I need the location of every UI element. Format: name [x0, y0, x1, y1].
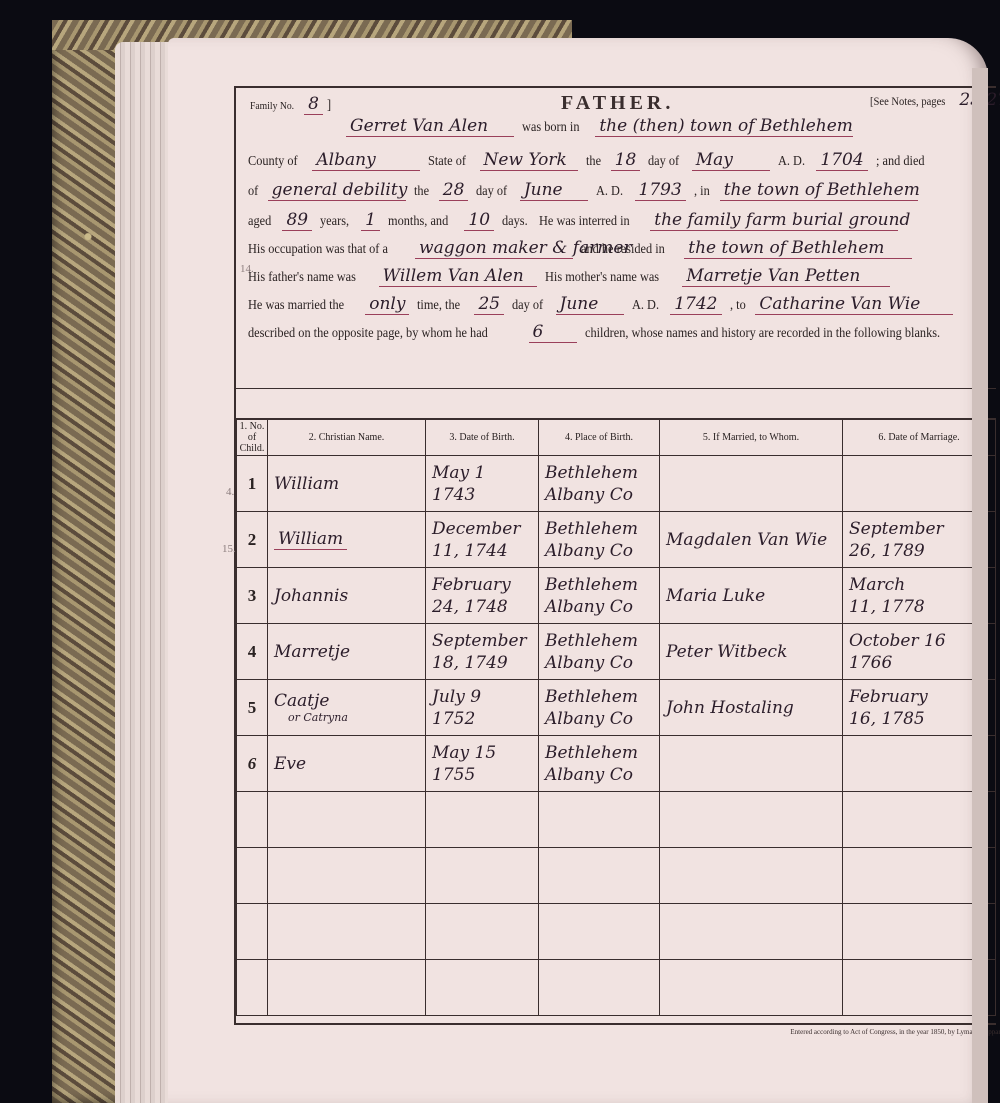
married-label: He was married the — [248, 298, 344, 314]
page-title: FATHER. — [561, 92, 674, 115]
father-label: His father's name was — [248, 270, 356, 286]
family-label: Family No. — [250, 100, 294, 112]
day-of-label: day of — [512, 298, 543, 314]
line-born: Gerret Van Alen was born in the (then) t… — [346, 116, 853, 137]
pob-line1: Bethlehem — [545, 686, 653, 708]
family-number: Family No. 8 ] — [250, 94, 332, 115]
father-section: Family No. 8 ] FATHER. [See Notes, pages… — [236, 88, 996, 389]
child-dom: September26, 1789 — [843, 512, 996, 568]
line-occupation: His occupation was that of a waggon make… — [248, 238, 912, 259]
county-label: County of — [248, 154, 298, 170]
days-label: days. — [502, 214, 528, 230]
child-name-text: Johannis — [274, 586, 348, 606]
table-row-empty — [237, 848, 996, 904]
ad-label: A. D. — [778, 154, 805, 170]
header-spouse: 5. If Married, to Whom. — [660, 419, 843, 456]
dob-line2: 24, 1748 — [432, 596, 532, 618]
birth-year: 1704 — [816, 150, 867, 171]
table-row-empty — [237, 960, 996, 1016]
child-name: Johannis — [268, 568, 426, 624]
child-spouse — [660, 456, 843, 512]
burial-place: the family farm burial ground — [650, 210, 898, 231]
dob-line1: February — [432, 574, 532, 596]
line-death: of general debility the 28 day of June A… — [248, 180, 918, 201]
dob-line2: 1743 — [432, 484, 532, 506]
child-no: 4 — [237, 624, 268, 680]
header-no: 1. No. of Child. — [237, 419, 268, 456]
child-no: 3 — [237, 568, 268, 624]
margin-note: 4. — [226, 486, 234, 498]
table-header-row: 1. No. of Child. 2. Christian Name. 3. D… — [237, 419, 996, 456]
age-months: 1 — [361, 210, 380, 231]
child-name-text: Caatje — [274, 691, 419, 711]
dom-line2: 11, 1778 — [849, 596, 989, 618]
table-row: 2 William December11, 1744 BethlehemAlba… — [237, 512, 996, 568]
aged-label: aged — [248, 214, 271, 230]
child-name-text: Eve — [274, 754, 306, 774]
child-name: Marretje — [268, 624, 426, 680]
age-days: 10 — [464, 210, 494, 231]
child-pob: BethlehemAlbany Co — [539, 456, 660, 512]
margin-note: 15. — [222, 543, 236, 555]
child-pob: BethlehemAlbany Co — [539, 736, 660, 792]
pob-line1: Bethlehem — [545, 630, 653, 652]
register-frame: Family No. 8 ] FATHER. [See Notes, pages… — [234, 86, 996, 1025]
in-label: , in — [694, 184, 710, 200]
notes-reference: [See Notes, pages 25.27 — [870, 90, 1000, 110]
dob-line1: December — [432, 518, 532, 540]
table-row-empty — [237, 792, 996, 848]
header-dom: 6. Date of Marriage. — [843, 419, 996, 456]
dom-line2: 26, 1789 — [849, 540, 989, 562]
notes-pages: 25.27 — [959, 90, 1000, 110]
child-name-text: William — [274, 529, 347, 550]
child-pob: BethlehemAlbany Co — [539, 568, 660, 624]
page-edges — [115, 42, 175, 1103]
table-row-empty — [237, 904, 996, 960]
day-of-label: day of — [476, 184, 507, 200]
family-no-value: 8 — [304, 94, 323, 115]
child-no: 6 — [237, 736, 268, 792]
child-pob: BethlehemAlbany Co — [539, 512, 660, 568]
child-name: Caatjeor Catryna — [268, 680, 426, 736]
child-name: Eve — [268, 736, 426, 792]
occupation-label: His occupation was that of a — [248, 242, 388, 258]
state-value: New York — [480, 150, 578, 171]
child-pob: BethlehemAlbany Co — [539, 680, 660, 736]
child-dob: December11, 1744 — [426, 512, 539, 568]
father-name: Gerret Van Alen — [346, 116, 514, 137]
child-dob: September18, 1749 — [426, 624, 539, 680]
pob-line2: Albany Co — [545, 652, 653, 674]
years-label: years, — [320, 214, 349, 230]
mother-label: His mother's name was — [545, 270, 659, 286]
born-place: the (then) town of Bethlehem — [595, 116, 853, 137]
to-label: , to — [730, 298, 746, 314]
child-dob: May 151755 — [426, 736, 539, 792]
dom-line1: October 16 — [849, 630, 989, 652]
death-day: 28 — [439, 180, 469, 201]
child-name-text: William — [274, 474, 339, 494]
occupation-value: waggon maker & farmer — [415, 238, 573, 259]
time-the-label: time, the — [417, 298, 460, 314]
copyright-notice: Entered according to Act of Congress, in… — [790, 1028, 1000, 1036]
death-cause: general debility — [268, 180, 406, 201]
notes-label: [See Notes, pages — [870, 94, 945, 109]
children-label: children, whose names and history are re… — [585, 326, 940, 342]
marriage-time: only — [365, 294, 409, 315]
marriage-month: June — [556, 294, 624, 315]
dob-line2: 1755 — [432, 764, 532, 786]
dob-line1: July 9 — [432, 686, 532, 708]
death-month: June — [520, 180, 588, 201]
spouse-name: Catharine Van Wie — [755, 294, 953, 315]
and-died-label: ; and died — [876, 154, 925, 170]
birth-day: 18 — [611, 150, 641, 171]
birth-month: May — [692, 150, 770, 171]
dob-line1: September — [432, 630, 532, 652]
child-name-note: or Catryna — [288, 711, 419, 724]
line-marriage: He was married the only time, the 25 day… — [248, 294, 953, 315]
dom-line1: September — [849, 518, 989, 540]
header-dob: 3. Date of Birth. — [426, 419, 539, 456]
described-label: described on the opposite page, by whom … — [248, 326, 488, 342]
child-dom — [843, 736, 996, 792]
child-dom — [843, 456, 996, 512]
family-close: ] — [327, 98, 331, 114]
child-dob: February24, 1748 — [426, 568, 539, 624]
pob-line2: Albany Co — [545, 764, 653, 786]
child-dom: October 161766 — [843, 624, 996, 680]
register-page: Family No. 8 ] FATHER. [See Notes, pages… — [168, 38, 988, 1103]
child-spouse: Maria Luke — [660, 568, 843, 624]
children-table: 1. No. of Child. 2. Christian Name. 3. D… — [236, 418, 996, 1016]
death-place: the town of Bethlehem — [720, 180, 918, 201]
dom-line2: 1766 — [849, 652, 989, 674]
the-label: the — [586, 154, 601, 170]
pob-line1: Bethlehem — [545, 574, 653, 596]
dob-line1: May 1 — [432, 462, 532, 484]
child-dob: May 11743 — [426, 456, 539, 512]
child-no: 1 — [237, 456, 268, 512]
child-dom: March11, 1778 — [843, 568, 996, 624]
marriage-day: 25 — [474, 294, 504, 315]
table-row: 4 Marretje September18, 1749 BethlehemAl… — [237, 624, 996, 680]
child-spouse — [660, 736, 843, 792]
fathers-name: Willem Van Alen — [379, 266, 537, 287]
line-children: described on the opposite page, by whom … — [248, 322, 988, 343]
dob-line2: 1752 — [432, 708, 532, 730]
of-label: of — [248, 184, 258, 200]
age-years: 89 — [282, 210, 312, 231]
months-label: months, and — [388, 214, 448, 230]
ad-label: A. D. — [632, 298, 659, 314]
state-label: State of — [428, 154, 466, 170]
born-label: was born in — [522, 120, 579, 136]
pob-line1: Bethlehem — [545, 742, 653, 764]
header-name: 2. Christian Name. — [268, 419, 426, 456]
table-row: 3 Johannis February24, 1748 BethlehemAlb… — [237, 568, 996, 624]
child-name: William — [268, 512, 426, 568]
pob-line1: Bethlehem — [545, 518, 653, 540]
the-label: the — [414, 184, 429, 200]
table-row: 1 William May 11743 BethlehemAlbany Co — [237, 456, 996, 512]
dob-line1: May 15 — [432, 742, 532, 764]
dob-line2: 18, 1749 — [432, 652, 532, 674]
resided-label: and he resided in — [581, 242, 665, 258]
child-spouse: John Hostaling — [660, 680, 843, 736]
margin-note: 14. — [240, 263, 254, 275]
header-pob: 4. Place of Birth. — [539, 419, 660, 456]
child-dom: February16, 1785 — [843, 680, 996, 736]
child-spouse: Peter Witbeck — [660, 624, 843, 680]
pob-line1: Bethlehem — [545, 462, 653, 484]
dom-line2: 16, 1785 — [849, 708, 989, 730]
dom-line1: February — [849, 686, 989, 708]
pob-line2: Albany Co — [545, 596, 653, 618]
day-of-label: day of — [648, 154, 679, 170]
child-no: 5 — [237, 680, 268, 736]
table-row: 6 Eve May 151755 BethlehemAlbany Co — [237, 736, 996, 792]
child-pob: BethlehemAlbany Co — [539, 624, 660, 680]
pob-line2: Albany Co — [545, 484, 653, 506]
ad-label: A. D. — [596, 184, 623, 200]
interred-label: He was interred in — [539, 214, 630, 230]
line-parents: His father's name was Willem Van Alen Hi… — [248, 266, 890, 287]
pob-line2: Albany Co — [545, 708, 653, 730]
residence-value: the town of Bethlehem — [684, 238, 912, 259]
child-name: William — [268, 456, 426, 512]
line-county: County of Albany State of New York the 1… — [248, 150, 931, 171]
death-year: 1793 — [635, 180, 686, 201]
dob-line2: 11, 1744 — [432, 540, 532, 562]
child-no: 2 — [237, 512, 268, 568]
mothers-name: Marretje Van Petten — [682, 266, 890, 287]
table-row: 5 Caatjeor Catryna July 91752 BethlehemA… — [237, 680, 996, 736]
dom-line1: March — [849, 574, 989, 596]
child-spouse: Magdalen Van Wie — [660, 512, 843, 568]
pob-line2: Albany Co — [545, 540, 653, 562]
child-dob: July 91752 — [426, 680, 539, 736]
children-count: 6 — [529, 322, 577, 343]
county-value: Albany — [312, 150, 420, 171]
marriage-year: 1742 — [670, 294, 721, 315]
line-aged: aged 89 years, 1 months, and 10 days. He… — [248, 210, 898, 231]
child-name-text: Marretje — [274, 642, 350, 662]
